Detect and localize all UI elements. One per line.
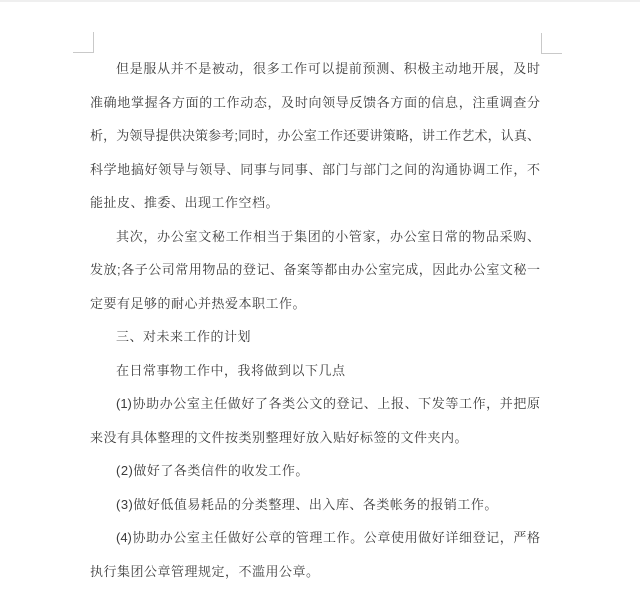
- text-line: 发放;各子公司常用物品的登记、备案等都由办公室完成，因此办公室文秘一: [90, 253, 540, 287]
- text-line: (4)协助办公室主任做好公章的管理工作。公章使用做好详细登记，严格: [90, 521, 540, 555]
- top-border: [0, 0, 640, 2]
- list-item-paragraph: (3)做好低值易耗品的分类整理、出入库、各类帐务的报销工作。: [90, 488, 540, 522]
- section-heading: 三、对未来工作的计划: [90, 320, 540, 354]
- text-line: 其次，办公室文秘工作相当于集团的小管家，办公室日常的物品采购、: [90, 220, 540, 254]
- list-item-paragraph: (2)做好了各类信件的收发工作。: [90, 454, 540, 488]
- text-line: 科学地搞好领导与领导、同事与同事、部门与部门之间的沟通协调工作，不: [90, 153, 540, 187]
- body-paragraph: 在日常事物工作中，我将做到以下几点: [90, 354, 540, 388]
- text-line: 能扯皮、推委、出现工作空档。: [90, 186, 540, 220]
- text-line: (3)做好低值易耗品的分类整理、出入库、各类帐务的报销工作。: [90, 488, 540, 522]
- margin-crop-mark-left: [73, 32, 94, 53]
- text-line: 在日常事物工作中，我将做到以下几点: [90, 354, 540, 388]
- text-line: 三、对未来工作的计划: [90, 320, 540, 354]
- body-paragraph: 其次，办公室文秘工作相当于集团的小管家，办公室日常的物品采购、发放;各子公司常用…: [90, 220, 540, 321]
- document-body: 但是服从并不是被动，很多工作可以提前预测、积极主动地开展，及时准确地掌握各方面的…: [90, 52, 540, 588]
- text-line: (2)做好了各类信件的收发工作。: [90, 454, 540, 488]
- list-item-paragraph: (4)协助办公室主任做好公章的管理工作。公章使用做好详细登记，严格执行集团公章管…: [90, 521, 540, 588]
- document-page: 但是服从并不是被动，很多工作可以提前预测、积极主动地开展，及时准确地掌握各方面的…: [0, 0, 640, 594]
- margin-crop-mark-right: [541, 33, 562, 54]
- text-line: 但是服从并不是被动，很多工作可以提前预测、积极主动地开展，及时: [90, 52, 540, 86]
- body-paragraph: 但是服从并不是被动，很多工作可以提前预测、积极主动地开展，及时准确地掌握各方面的…: [90, 52, 540, 220]
- text-line: 来没有具体整理的文件按类别整理好放入贴好标签的文件夹内。: [90, 421, 540, 455]
- text-line: 定要有足够的耐心并热爱本职工作。: [90, 287, 540, 321]
- text-line: (1)协助办公室主任做好了各类公文的登记、上报、下发等工作，并把原: [90, 387, 540, 421]
- list-item-paragraph: (1)协助办公室主任做好了各类公文的登记、上报、下发等工作，并把原来没有具体整理…: [90, 387, 540, 454]
- text-line: 准确地掌握各方面的工作动态，及时向领导反馈各方面的信息，注重调查分: [90, 86, 540, 120]
- text-line: 执行集团公章管理规定，不滥用公章。: [90, 555, 540, 589]
- text-line: 析，为领导提供决策参考;同时，办公室工作还要讲策略，讲工作艺术，认真、: [90, 119, 540, 153]
